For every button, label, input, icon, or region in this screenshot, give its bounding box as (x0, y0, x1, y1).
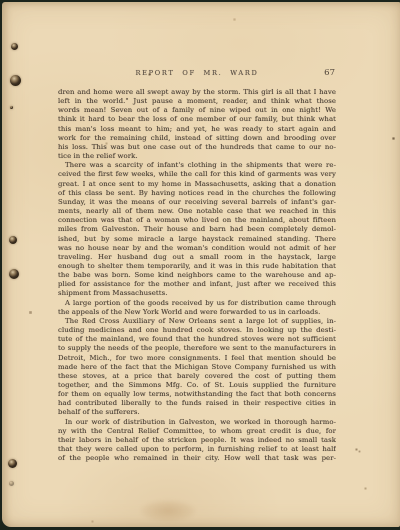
text-line: of this class be sent. By having notices… (58, 189, 336, 198)
paper-stain (140, 500, 196, 522)
text-line: together, and the Simmons Mfg. Co. of St… (58, 381, 336, 390)
page-header: REPORT OF MR. WARD 67 (58, 68, 336, 80)
text-line: to supply the needs of the people, there… (58, 344, 336, 353)
text-line: think it hard to bear the loss of one me… (58, 115, 336, 124)
punch-hole (9, 269, 19, 279)
text-line: connection was that of a woman who lived… (58, 216, 336, 225)
text-line: cluding medicines and one hundred cook s… (58, 326, 336, 335)
punch-hole (9, 236, 17, 244)
text-line: for them on equally low terms, notwithst… (58, 390, 336, 399)
text-line: great. I at once sent to my home in Mass… (58, 180, 336, 189)
text-line: In our work of distribution in Galveston… (58, 418, 336, 427)
text-line: left in the world." Just pause a moment,… (58, 97, 336, 106)
running-head: REPORT OF MR. WARD (58, 68, 336, 79)
text-line: that they were called upon to perform, i… (58, 445, 336, 454)
text-line: ceived the first few weeks, while the ca… (58, 170, 336, 179)
text-line: these stoves, at a price that barely cov… (58, 372, 336, 381)
text-line: Detroit, Mich., for two more consignment… (58, 354, 336, 363)
text-line: There was a scarcity of infant's clothin… (58, 161, 336, 170)
text-line: his loss. This was but one case out of t… (58, 143, 336, 152)
text-line: this man's loss meant to him; and yet, h… (58, 125, 336, 134)
text-line: shipment from Massachusetts. (58, 289, 336, 298)
page-paper: REPORT OF MR. WARD 67 dren and home were… (2, 2, 400, 527)
text-line: made here of the fact that the Michigan … (58, 363, 336, 372)
text-line: plied for assistance for the mother and … (58, 280, 336, 289)
text-line: of the people who remained in their city… (58, 454, 336, 463)
text-line: miles from Galveston. Their house and ba… (58, 225, 336, 234)
text-line: tice in the relief work. (58, 152, 336, 161)
text-block: dren and home were all swept away by the… (58, 88, 336, 463)
ink-specks (2, 2, 3, 3)
page-number: 67 (324, 68, 335, 79)
text-line: traveling. Her husband dug out a small r… (58, 253, 336, 262)
text-line: their labors in behalf of the stricken p… (58, 436, 336, 445)
text-line: work for the remaining child, instead of… (58, 134, 336, 143)
text-line: Sunday, it was the means of our receivin… (58, 198, 336, 207)
text-line: ments, nearly all of them new. One notab… (58, 207, 336, 216)
text-line: The Red Cross Auxiliary of New Orleans s… (58, 317, 336, 326)
text-line: dren and home were all swept away by the… (58, 88, 336, 97)
text-line: words mean! Seven out of a family of nin… (58, 106, 336, 115)
scanned-book-page: REPORT OF MR. WARD 67 dren and home were… (0, 0, 400, 530)
text-line: behalf of the sufferers. (58, 408, 336, 417)
text-line: ny with the Central Relief Committee, to… (58, 427, 336, 436)
punch-hole (10, 106, 13, 109)
text-line: ished, but by some miracle a large hayst… (58, 235, 336, 244)
punch-hole (10, 75, 21, 86)
punch-hole (11, 43, 18, 50)
punch-hole (9, 481, 14, 486)
text-line: the appeals of the New York World and we… (58, 308, 336, 317)
text-line: the babe was born. Some kind neighbors c… (58, 271, 336, 280)
text-line: A large portion of the goods received by… (58, 299, 336, 308)
text-line: had contributed liberally to the funds r… (58, 399, 336, 408)
text-line: was no house near by and the woman's con… (58, 244, 336, 253)
text-line: enough to shelter them temporarily, and … (58, 262, 336, 271)
text-line: tute of the mainland, we found that the … (58, 335, 336, 344)
punch-hole (8, 459, 17, 468)
